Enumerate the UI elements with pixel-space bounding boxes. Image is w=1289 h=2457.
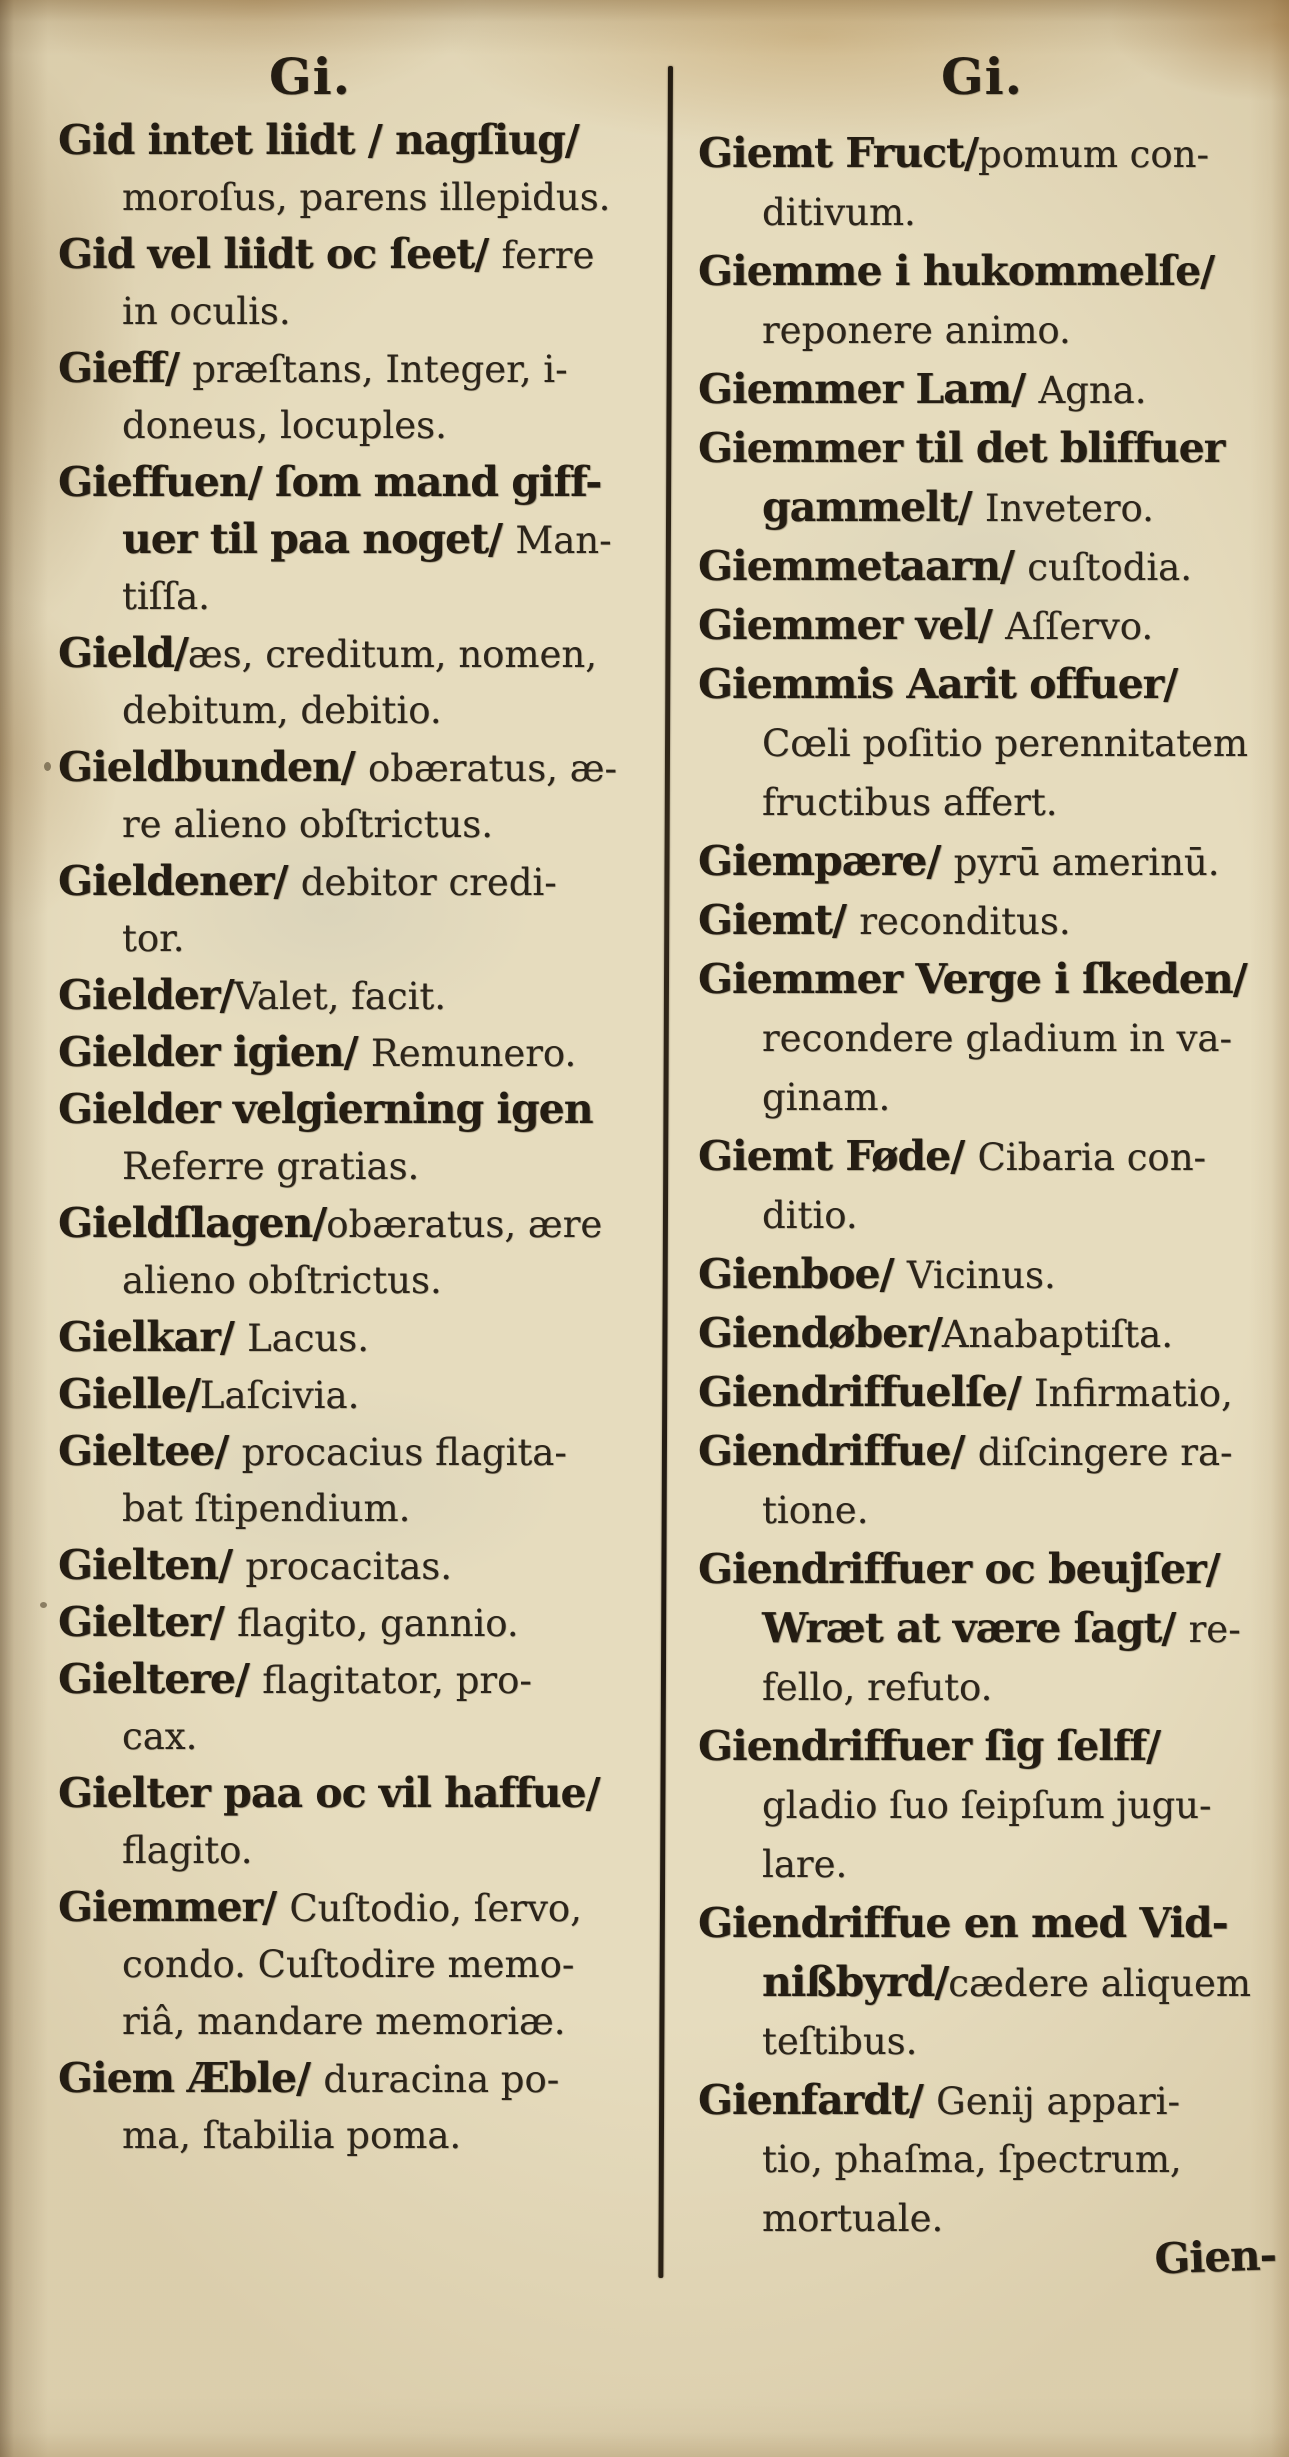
entry-line: Gieldbunden/ obæratus, æ- (58, 739, 662, 796)
entry-line: Gieltere/ flagitator, pro- (58, 1651, 662, 1708)
entry-line: Giendøber/Anabaptiſta. (698, 1304, 1288, 1363)
definition-text: in oculis. (122, 290, 291, 333)
catchword: Gien- (939, 2230, 1277, 2291)
entry-line: Gielder/Valet, facit. (58, 967, 662, 1024)
entry-line: Giemmer Verge i ſkeden/ (698, 950, 1288, 1009)
entry-line: Gieff/ præſtans, Integer, i- (58, 340, 662, 397)
entry-line: Gienboe/ Vicinus. (698, 1245, 1288, 1304)
headword-text: Giendriffue en med Vid- (698, 1899, 1228, 1947)
definition-text: reconditus. (859, 900, 1070, 943)
definition-text: Infirmatio, (1034, 1372, 1233, 1415)
scanned-dictionary-page: Gi. Gi. Gid intet liidt / nagſiug/moroſu… (0, 0, 1289, 2457)
entry-line: Referre gratias. (58, 1138, 662, 1195)
definition-text: Cœli poſitio perennitatem (762, 722, 1248, 765)
entry-line: Giempære/ pyrū amerinū. (698, 832, 1288, 891)
headword-text: Gieff/ (58, 344, 192, 392)
entry-line: Gielle/Laſcivia. (58, 1366, 662, 1423)
headword-text: uer til paa noget/ (122, 515, 515, 563)
running-head-left-column: Gi. (30, 46, 590, 108)
definition-text: ma, ſtabilia poma. (122, 2114, 461, 2157)
entry-line: alieno obſtrictus. (58, 1252, 662, 1309)
headword-text: Giendriffuer oc beujſer/ (698, 1545, 1220, 1593)
entry-line: debitum, debitio. (58, 682, 662, 739)
headword-text: Giemmis Aarit offuer/ (698, 660, 1177, 708)
headword-text: Wræt at være ſagt/ (762, 1604, 1189, 1652)
entry-line: fructibus affert. (698, 773, 1288, 832)
definition-text: præſtans, Integer, i- (192, 348, 567, 391)
definition-text: mortuale. (762, 2197, 943, 2240)
definition-text: tiſſa. (122, 575, 210, 618)
entry-line: Giemmer/ Cuſtodio, ſervo, (58, 1879, 662, 1936)
definition-text: lare. (762, 1843, 847, 1886)
headword-text: Giem Æble/ (58, 2054, 323, 2102)
entry-line: Cœli poſitio perennitatem (698, 714, 1288, 773)
definition-text: pyrū amerinū. (954, 841, 1220, 884)
definition-text: fructibus affert. (762, 781, 1057, 824)
definition-text: Genij appari- (936, 2080, 1180, 2123)
definition-text: fello, refuto. (762, 1666, 992, 1709)
entry-line: flagito. (58, 1822, 662, 1879)
running-head-right-column: Gi. (712, 46, 1252, 108)
definition-text: doneus, locuples. (122, 404, 447, 447)
definition-text: tione. (762, 1489, 868, 1532)
definition-text: Remunero. (371, 1032, 576, 1075)
entry-line: condo. Cuſtodire memo- (58, 1936, 662, 1993)
definition-text: debitor credi- (301, 861, 557, 904)
entry-line: tiſſa. (58, 568, 662, 625)
entry-line: recondere gladium in va- (698, 1009, 1288, 1068)
definition-text: bat ſtipendium. (122, 1487, 410, 1530)
entry-line: Gieltee/ procacius flagita- (58, 1423, 662, 1480)
definition-text: cax. (122, 1715, 197, 1758)
definition-text: diſcingere ra- (978, 1431, 1233, 1474)
entry-line: cax. (58, 1708, 662, 1765)
definition-text: moroſus, parens illepidus. (122, 176, 610, 219)
entry-line: Gielkar/ Lacus. (58, 1309, 662, 1366)
definition-text: obæratus, æ- (368, 747, 617, 790)
definition-text: flagito, gannio. (237, 1602, 519, 1645)
headword-text: Gielder/ (58, 971, 234, 1019)
headword-text: Gieldbunden/ (58, 743, 368, 791)
entry-line: Giemt/ reconditus. (698, 891, 1288, 950)
headword-text: Giemme i hukommelſe/ (698, 247, 1214, 295)
definition-text: procacius flagita- (242, 1431, 567, 1474)
definition-text: Vicinus. (907, 1254, 1056, 1297)
entry-line: moroſus, parens illepidus. (58, 169, 662, 226)
definition-text: Man- (515, 519, 611, 562)
entry-line: riâ, mandare memoriæ. (58, 1993, 662, 2050)
headword-text: Giemmer vel/ (698, 601, 1005, 649)
definition-text: tio, phaſma, ſpectrum, (762, 2138, 1182, 2181)
definition-text: ditivum. (762, 191, 916, 234)
entry-line: Gield/æs, creditum, nomen, (58, 625, 662, 682)
headword-text: Gieldener/ (58, 857, 301, 905)
entry-line: Gielder velgierning igen (58, 1081, 662, 1138)
definition-text: Laſcivia. (200, 1374, 359, 1417)
column-right-lines: Giemt Fruct/pomum con-ditivum.Giemme i h… (698, 124, 1288, 2248)
headword-text: Gieltere/ (58, 1655, 262, 1703)
definition-text: æs, creditum, nomen, (188, 633, 597, 676)
headword-text: Giemmetaarn/ (698, 542, 1027, 590)
entry-line: ginam. (698, 1068, 1288, 1127)
definition-text: Cuſtodio, ſervo, (289, 1887, 582, 1930)
definition-text: debitum, debitio. (122, 689, 442, 732)
definition-text: Lacus. (247, 1317, 369, 1360)
entry-line: lare. (698, 1835, 1288, 1894)
definition-text: obæratus, ære (326, 1203, 602, 1246)
headword-text: Gielkar/ (58, 1313, 247, 1361)
headword-text: nißbyrd/ (762, 1958, 948, 2006)
entry-line: Gielter/ flagito, gannio. (58, 1594, 662, 1651)
entry-line: gladio ſuo ſeipſum jugu- (698, 1776, 1288, 1835)
definition-text: re- (1189, 1608, 1241, 1651)
headword-text: Giemt Fruct/ (698, 129, 978, 177)
entry-line: Giendriffue en med Vid- (698, 1894, 1288, 1953)
definition-text: tor. (122, 917, 185, 960)
entry-line: uer til paa noget/ Man- (58, 511, 662, 568)
headword-text: Gielder igien/ (58, 1028, 371, 1076)
entry-line: Gielder igien/ Remunero. (58, 1024, 662, 1081)
entry-line: teſtibus. (698, 2012, 1288, 2071)
headword-text: Giemmer til det bliffuer (698, 424, 1224, 472)
headword-text: Giemmer Lam/ (698, 365, 1038, 413)
entry-line: bat ſtipendium. (58, 1480, 662, 1537)
entry-line: tione. (698, 1481, 1288, 1540)
entry-line: re alieno obſtrictus. (58, 796, 662, 853)
entry-line: reponere animo. (698, 301, 1288, 360)
headword-text: Gienboe/ (698, 1250, 907, 1298)
headword-text: Gield/ (58, 629, 188, 677)
headword-text: Gienfardt/ (698, 2076, 936, 2124)
definition-text: Cibaria con- (977, 1136, 1206, 1179)
entry-line: tor. (58, 910, 662, 967)
definition-text: riâ, mandare memoriæ. (122, 2000, 566, 2043)
definition-text: ferre (501, 234, 594, 277)
entry-line: Giemme i hukommelſe/ (698, 242, 1288, 301)
entry-line: Gielten/ procacitas. (58, 1537, 662, 1594)
definition-text: Anabaptiſta. (942, 1313, 1173, 1356)
definition-text: Valet, facit. (234, 975, 446, 1018)
definition-text: recondere gladium in va- (762, 1017, 1232, 1060)
headword-text: Gieldſlagen/ (58, 1199, 326, 1247)
definition-text: duracina po- (323, 2058, 559, 2101)
entry-line: Gieffuen/ ſom mand giff- (58, 454, 662, 511)
entry-line: Giendriffuer ſig ſelff/ (698, 1717, 1288, 1776)
ink-speck (40, 1602, 47, 1608)
definition-text: Aſſervo. (1005, 605, 1153, 648)
entry-line: Gienfardt/ Genij appari- (698, 2071, 1288, 2130)
entry-line: ma, ſtabilia poma. (58, 2107, 662, 2164)
entry-line: Giendriffuelſe/ Infirmatio, (698, 1363, 1288, 1422)
definition-text: flagitator, pro- (262, 1659, 532, 1702)
entry-line: in oculis. (58, 283, 662, 340)
headword-text: Giendriffuelſe/ (698, 1368, 1034, 1416)
headword-text: Giendriffue/ (698, 1427, 978, 1475)
entry-line: Gid vel liidt oc ſeet/ ferre (58, 226, 662, 283)
entry-line: Gieldener/ debitor credi- (58, 853, 662, 910)
definition-text: Referre gratias. (122, 1145, 419, 1188)
headword-text: Giempære/ (698, 837, 954, 885)
definition-text: gladio ſuo ſeipſum jugu- (762, 1784, 1212, 1827)
entry-line: Gieldſlagen/obæratus, ære (58, 1195, 662, 1252)
headword-text: Giemmer Verge i ſkeden/ (698, 955, 1247, 1003)
entry-line: ditivum. (698, 183, 1288, 242)
headword-text: Giemt Føde/ (698, 1132, 977, 1180)
headword-text: Giemmer/ (58, 1883, 289, 1931)
definition-text: ditio. (762, 1194, 858, 1237)
definition-text: cuſtodia. (1027, 546, 1192, 589)
headword-text: Gielter paa oc vil haffue/ (58, 1769, 600, 1817)
entry-line: Giendriffuer oc beujſer/ (698, 1540, 1288, 1599)
entry-line: Giemmis Aarit offuer/ (698, 655, 1288, 714)
entry-line: Giemmer vel/ Aſſervo. (698, 596, 1288, 655)
entry-line: Giemt Fruct/pomum con- (698, 124, 1288, 183)
entry-line: Giemt Føde/ Cibaria con- (698, 1127, 1288, 1186)
definition-text: alieno obſtrictus. (122, 1259, 442, 1302)
entry-line: tio, phaſma, ſpectrum, (698, 2130, 1288, 2189)
definition-text: cædere aliquem (948, 1962, 1251, 2005)
definition-text: pomum con- (978, 133, 1209, 176)
entry-line: Wræt at være ſagt/ re- (698, 1599, 1288, 1658)
entry-line: Giemmer til det bliffuer (698, 419, 1288, 478)
headword-text: Gieffuen/ ſom mand giff- (58, 458, 601, 506)
entry-line: Giemmer Lam/ Agna. (698, 360, 1288, 419)
column-left-lines: Gid intet liidt / nagſiug/moroſus, paren… (58, 112, 662, 2164)
headword-text: Giendriffuer ſig ſelff/ (698, 1722, 1160, 1770)
definition-text: condo. Cuſtodire memo- (122, 1943, 574, 1986)
entry-line: gammelt/ Invetero. (698, 478, 1288, 537)
definition-text: Agna. (1038, 369, 1146, 412)
headword-text: Gid intet liidt / nagſiug/ (58, 116, 579, 164)
definition-text: reponere animo. (762, 309, 1071, 352)
entry-line: nißbyrd/cædere aliquem (698, 1953, 1288, 2012)
headword-text: Giemt/ (698, 896, 859, 944)
ink-speck (44, 762, 51, 771)
definition-text: procacitas. (245, 1545, 452, 1588)
entry-line: doneus, locuples. (58, 397, 662, 454)
entry-line: fello, refuto. (698, 1658, 1288, 1717)
entry-line: ditio. (698, 1186, 1288, 1245)
entry-line: Giendriffue/ diſcingere ra- (698, 1422, 1288, 1481)
headword-text: Gielle/ (58, 1370, 200, 1418)
headword-text: Gielten/ (58, 1541, 245, 1589)
headword-text: Gieltee/ (58, 1427, 242, 1475)
headword-text: gammelt/ (762, 483, 985, 531)
headword-text: Gielder velgierning igen (58, 1085, 593, 1133)
definition-text: flagito. (122, 1829, 253, 1872)
entry-line: Giemmetaarn/ cuſtodia. (698, 537, 1288, 596)
entry-line: Gielter paa oc vil haffue/ (58, 1765, 662, 1822)
definition-text: Invetero. (985, 487, 1154, 530)
entry-line: Gid intet liidt / nagſiug/ (58, 112, 662, 169)
entry-line: Giem Æble/ duracina po- (58, 2050, 662, 2107)
headword-text: Giendøber/ (698, 1309, 942, 1357)
definition-text: teſtibus. (762, 2020, 917, 2063)
headword-text: Gielter/ (58, 1598, 237, 1646)
definition-text: re alieno obſtrictus. (122, 803, 493, 846)
definition-text: ginam. (762, 1076, 890, 1119)
headword-text: Gid vel liidt oc ſeet/ (58, 230, 501, 278)
